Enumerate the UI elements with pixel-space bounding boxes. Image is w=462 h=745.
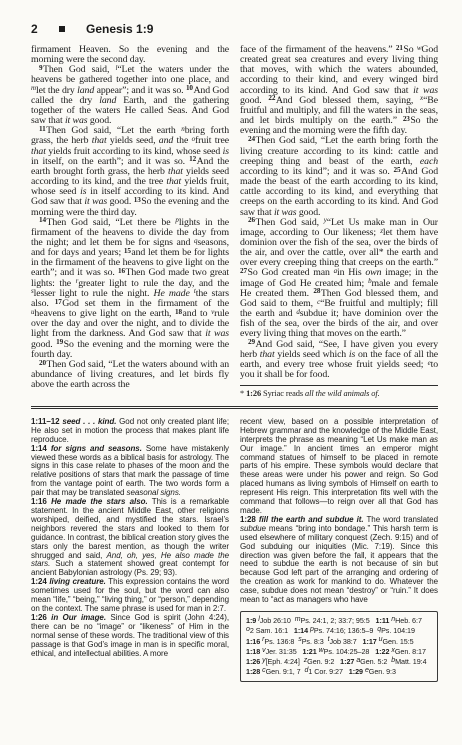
text-run: Ps. 8:3	[302, 637, 328, 646]
running-head: 2 Genesis 1:9	[31, 22, 438, 36]
verse-number: 18	[175, 308, 183, 316]
cross-reference-line: o2 Sam. 16:1 1:14 pPs. 74:16; 136:5–9 qP…	[246, 626, 432, 636]
crossref-letter: v	[211, 308, 214, 316]
verse-number: 17	[55, 298, 63, 306]
verse-number: 24	[248, 135, 256, 143]
crossref-letter: n	[391, 616, 395, 623]
verse-number: 10	[186, 84, 194, 92]
text-run: means “bring into bondage.” This harsh t…	[240, 524, 438, 604]
text-run: Ps. 104:19	[381, 626, 415, 635]
section-marker-icon	[59, 26, 65, 32]
verse-number: 22	[268, 94, 276, 102]
paragraph: 1:24 living creature. This expression co…	[31, 578, 229, 614]
crossref-letter: q	[377, 626, 381, 633]
text-run: 1:11–12	[31, 417, 62, 426]
verse-number: 15	[124, 247, 132, 255]
crossref-letter: s	[298, 636, 301, 643]
text-run: 1:11	[376, 616, 392, 625]
text-run: 1:14	[294, 626, 310, 635]
crossref-letter: p	[310, 626, 314, 633]
text-run: all the wild animals of.	[305, 389, 380, 398]
verse-number: 26	[248, 216, 256, 224]
cross-reference-line: 1:26 y[Eph. 4:24] zGen. 9:2 1:27 aGen. 5…	[246, 657, 432, 667]
crossref-letter: c	[262, 667, 265, 674]
paragraph: 29And God said, “See, I have given you e…	[240, 340, 438, 381]
crossref-letter: m	[31, 84, 36, 92]
paragraph: 1:28 fill the earth and subdue it. The w…	[240, 516, 438, 605]
text-run: Matt. 19:4	[395, 657, 426, 666]
crossref-letter: s	[31, 287, 34, 295]
paragraph: 1:26 in Our image. Since God is spirit (…	[31, 614, 229, 659]
verse-number: 21	[396, 44, 404, 52]
text-run: [Eph. 4:24]	[266, 657, 304, 666]
crossref-letter: w	[417, 44, 422, 52]
footnote-divider	[240, 385, 438, 386]
crossref-letter: o	[192, 135, 195, 143]
crossref-letter: l	[258, 616, 260, 623]
text-run: 1:24	[31, 577, 49, 586]
text-run: Ps. 74:16; 136:5–9	[314, 626, 377, 635]
text-run: 1:16	[246, 637, 262, 646]
paragraph: firmament Heaven. So the evening and the…	[31, 45, 229, 65]
text-run: Job 38:7	[330, 637, 363, 646]
crossref-letter: t	[328, 636, 330, 643]
verse-number: 19	[56, 338, 64, 346]
cross-reference-line: 1:18 vJer. 31:35 1:21 wPs. 104:25–28 1:2…	[246, 647, 432, 657]
text-run: Ps. 24:1, 2; 33:7; 95:5	[301, 616, 376, 625]
text-run: 1:14	[31, 444, 51, 453]
bible-page: 2 Genesis 1:9 firmament Heaven. So the e…	[0, 0, 462, 745]
cross-reference-line: 1:28 cGen. 9:1, 7 d1 Cor. 9:27 1:29 eGen…	[246, 667, 432, 677]
text-run: Jer. 31:35	[266, 647, 303, 656]
crossref-letter: y	[324, 216, 327, 224]
text-run: Our image.” In ancient times an emperor …	[240, 444, 438, 515]
text-run: firmament Heaven. So the evening and the…	[31, 44, 229, 65]
text-run: 1:9	[246, 616, 258, 625]
paragraph: 9Then God said, l“Let the waters under t…	[31, 65, 229, 126]
text-run: 2 Sam. 16:1	[250, 626, 294, 635]
scripture-right-text: face of the firmament of the heavens.” 2…	[240, 45, 438, 380]
text-run: 1 Cor. 9:27	[308, 667, 348, 676]
paragraph: 24Then God said, “Let the earth bring fo…	[240, 136, 438, 217]
crossref-letter: w	[319, 647, 324, 654]
crossref-letter: e	[428, 359, 431, 367]
translation-footnote: * 1:26 Syriac reads all the wild animals…	[240, 389, 438, 399]
verse-number: 11	[39, 125, 46, 133]
commentary-column-right: recent view, based on a possible interpr…	[240, 418, 438, 682]
crossref-letter: c	[317, 298, 320, 306]
verse-number: 12	[189, 155, 197, 163]
text-run: 1:26	[31, 613, 51, 622]
text-run: living creature.	[49, 577, 105, 586]
page-number: 2	[31, 22, 59, 36]
crossref-letter: r	[76, 277, 79, 285]
text-run: Syriac reads	[261, 389, 305, 398]
crossref-letter: v	[262, 647, 265, 654]
paragraph: 1:11–12 seed . . . kind. God not only cr…	[31, 418, 229, 445]
crossref-letter: b	[368, 277, 371, 285]
cross-reference-line: 1:16 rPs. 136:8 sPs. 8:3 tJob 38:7 1:17 …	[246, 637, 432, 647]
crossref-letter: n	[181, 125, 184, 133]
text-run: 1:28	[246, 667, 262, 676]
text-run: Such a statement showed great contempt f…	[31, 559, 229, 577]
verse-number: 28	[313, 287, 321, 295]
verse-number: 29	[248, 338, 256, 346]
verse-number: 16	[118, 267, 126, 275]
cross-reference-box: 1:9 lJob 26:10 mPs. 24:1, 2; 33:7; 95:5 …	[240, 611, 438, 682]
verse-number: 20	[39, 359, 47, 367]
text-run: Ps. 104:25–28	[324, 647, 376, 656]
text-run: Heb. 6:7	[395, 616, 422, 625]
crossref-letter: b	[391, 657, 395, 664]
verse-number: 9	[39, 64, 43, 72]
crossref-letter: z	[304, 657, 307, 664]
text-run: 1:27	[340, 657, 356, 666]
scripture-column-right: face of the firmament of the heavens.” 2…	[240, 45, 438, 399]
crossref-letter: p	[175, 216, 178, 224]
verse-number: 25	[394, 166, 402, 174]
paragraph: 14Then God said, “Let there be plights i…	[31, 218, 229, 360]
scripture-section: firmament Heaven. So the evening and the…	[31, 45, 438, 399]
cross-reference-line: 1:9 lJob 26:10 mPs. 24:1, 2; 33:7; 95:5 …	[246, 616, 432, 626]
crossref-letter: d	[305, 667, 309, 674]
text-run: seed . . . kind.	[62, 417, 116, 426]
text-run: subdue	[240, 524, 266, 533]
text-run: Gen. 9:3	[369, 667, 396, 676]
text-run: Gen. 9:2	[307, 657, 340, 666]
text-run: Gen. 5:2	[360, 657, 391, 666]
crossref-letter: z	[380, 227, 383, 235]
crossref-letter: m	[295, 616, 301, 623]
verse-number: 13	[134, 196, 142, 204]
commentary-column-left: 1:11–12 seed . . . kind. God not only cr…	[31, 418, 229, 682]
crossref-letter: e	[365, 667, 369, 674]
crossref-letter: o	[246, 626, 250, 633]
commentary-section: 1:11–12 seed . . . kind. God not only cr…	[31, 418, 438, 682]
text-run: Ps. 136:8	[264, 637, 298, 646]
text-run: in Our image.	[51, 613, 106, 622]
text-run: 1:22	[375, 647, 391, 656]
text-run: Gen. 9:1, 7	[266, 667, 305, 676]
paragraph: face of the firmament of the heavens.” 2…	[240, 45, 438, 136]
crossref-letter: y	[262, 657, 265, 664]
text-run: as	[430, 435, 438, 444]
text-run: Then God said, “Let the waters abound wi…	[31, 359, 229, 390]
text-run: Gen. 8:17	[395, 647, 426, 656]
verse-number: 23	[403, 115, 411, 123]
text-run: Gen. 15:5	[383, 637, 414, 646]
text-run: for signs and seasons.	[51, 444, 142, 453]
text-run: 1:29	[349, 667, 365, 676]
scripture-column-left: firmament Heaven. So the evening and the…	[31, 45, 229, 399]
crossref-letter: x	[391, 647, 394, 654]
text-run: 1:26	[246, 657, 262, 666]
text-run: The word translated	[364, 515, 438, 524]
text-run: 1:16	[31, 497, 51, 506]
text-run: seasonal signs.	[127, 488, 181, 497]
crossref-letter: q	[194, 237, 197, 245]
text-run: Then God said, “Let the earth bring fort…	[240, 135, 438, 166]
paragraph: 26Then God said, y“Let Us make man in Ou…	[240, 218, 438, 340]
paragraph: 1:16 He made the stars also. This is a r…	[31, 498, 229, 578]
paragraph: 11Then God said, “Let the earth nbring f…	[31, 126, 229, 217]
crossref-letter: t	[194, 287, 196, 295]
book-reference: Genesis 1:9	[86, 22, 153, 36]
commentary-right-text: recent view, based on a possible interpr…	[240, 418, 438, 605]
paragraph: recent view, based on a possible interpr…	[240, 418, 438, 516]
section-divider	[31, 406, 438, 409]
text-run: He made the stars also.	[51, 497, 148, 506]
text-run: fill the earth and subdue it.	[259, 515, 364, 524]
crossref-letter: a	[356, 657, 360, 664]
crossref-letter: x	[420, 94, 423, 102]
text-run: 1:26	[246, 389, 261, 398]
text-run: 1:28	[240, 515, 259, 524]
verse-number: 27	[240, 267, 248, 275]
crossref-letter: u	[379, 636, 383, 643]
paragraph: 20Then God said, “Let the waters abound …	[31, 360, 229, 390]
crossref-letter: a	[334, 267, 337, 275]
text-run: Job 26:10	[260, 616, 295, 625]
text-run: 1:18	[246, 647, 262, 656]
text-run: recent view, based on a possible interpr…	[240, 417, 438, 444]
verse-number: 14	[39, 216, 47, 224]
text-run: 1:21	[303, 647, 319, 656]
paragraph: 1:14 for signs and seasons. Some have mi…	[31, 445, 229, 498]
crossref-letter: d	[296, 308, 299, 316]
text-run: 1:17	[363, 637, 379, 646]
crossref-letter: u	[31, 308, 34, 316]
